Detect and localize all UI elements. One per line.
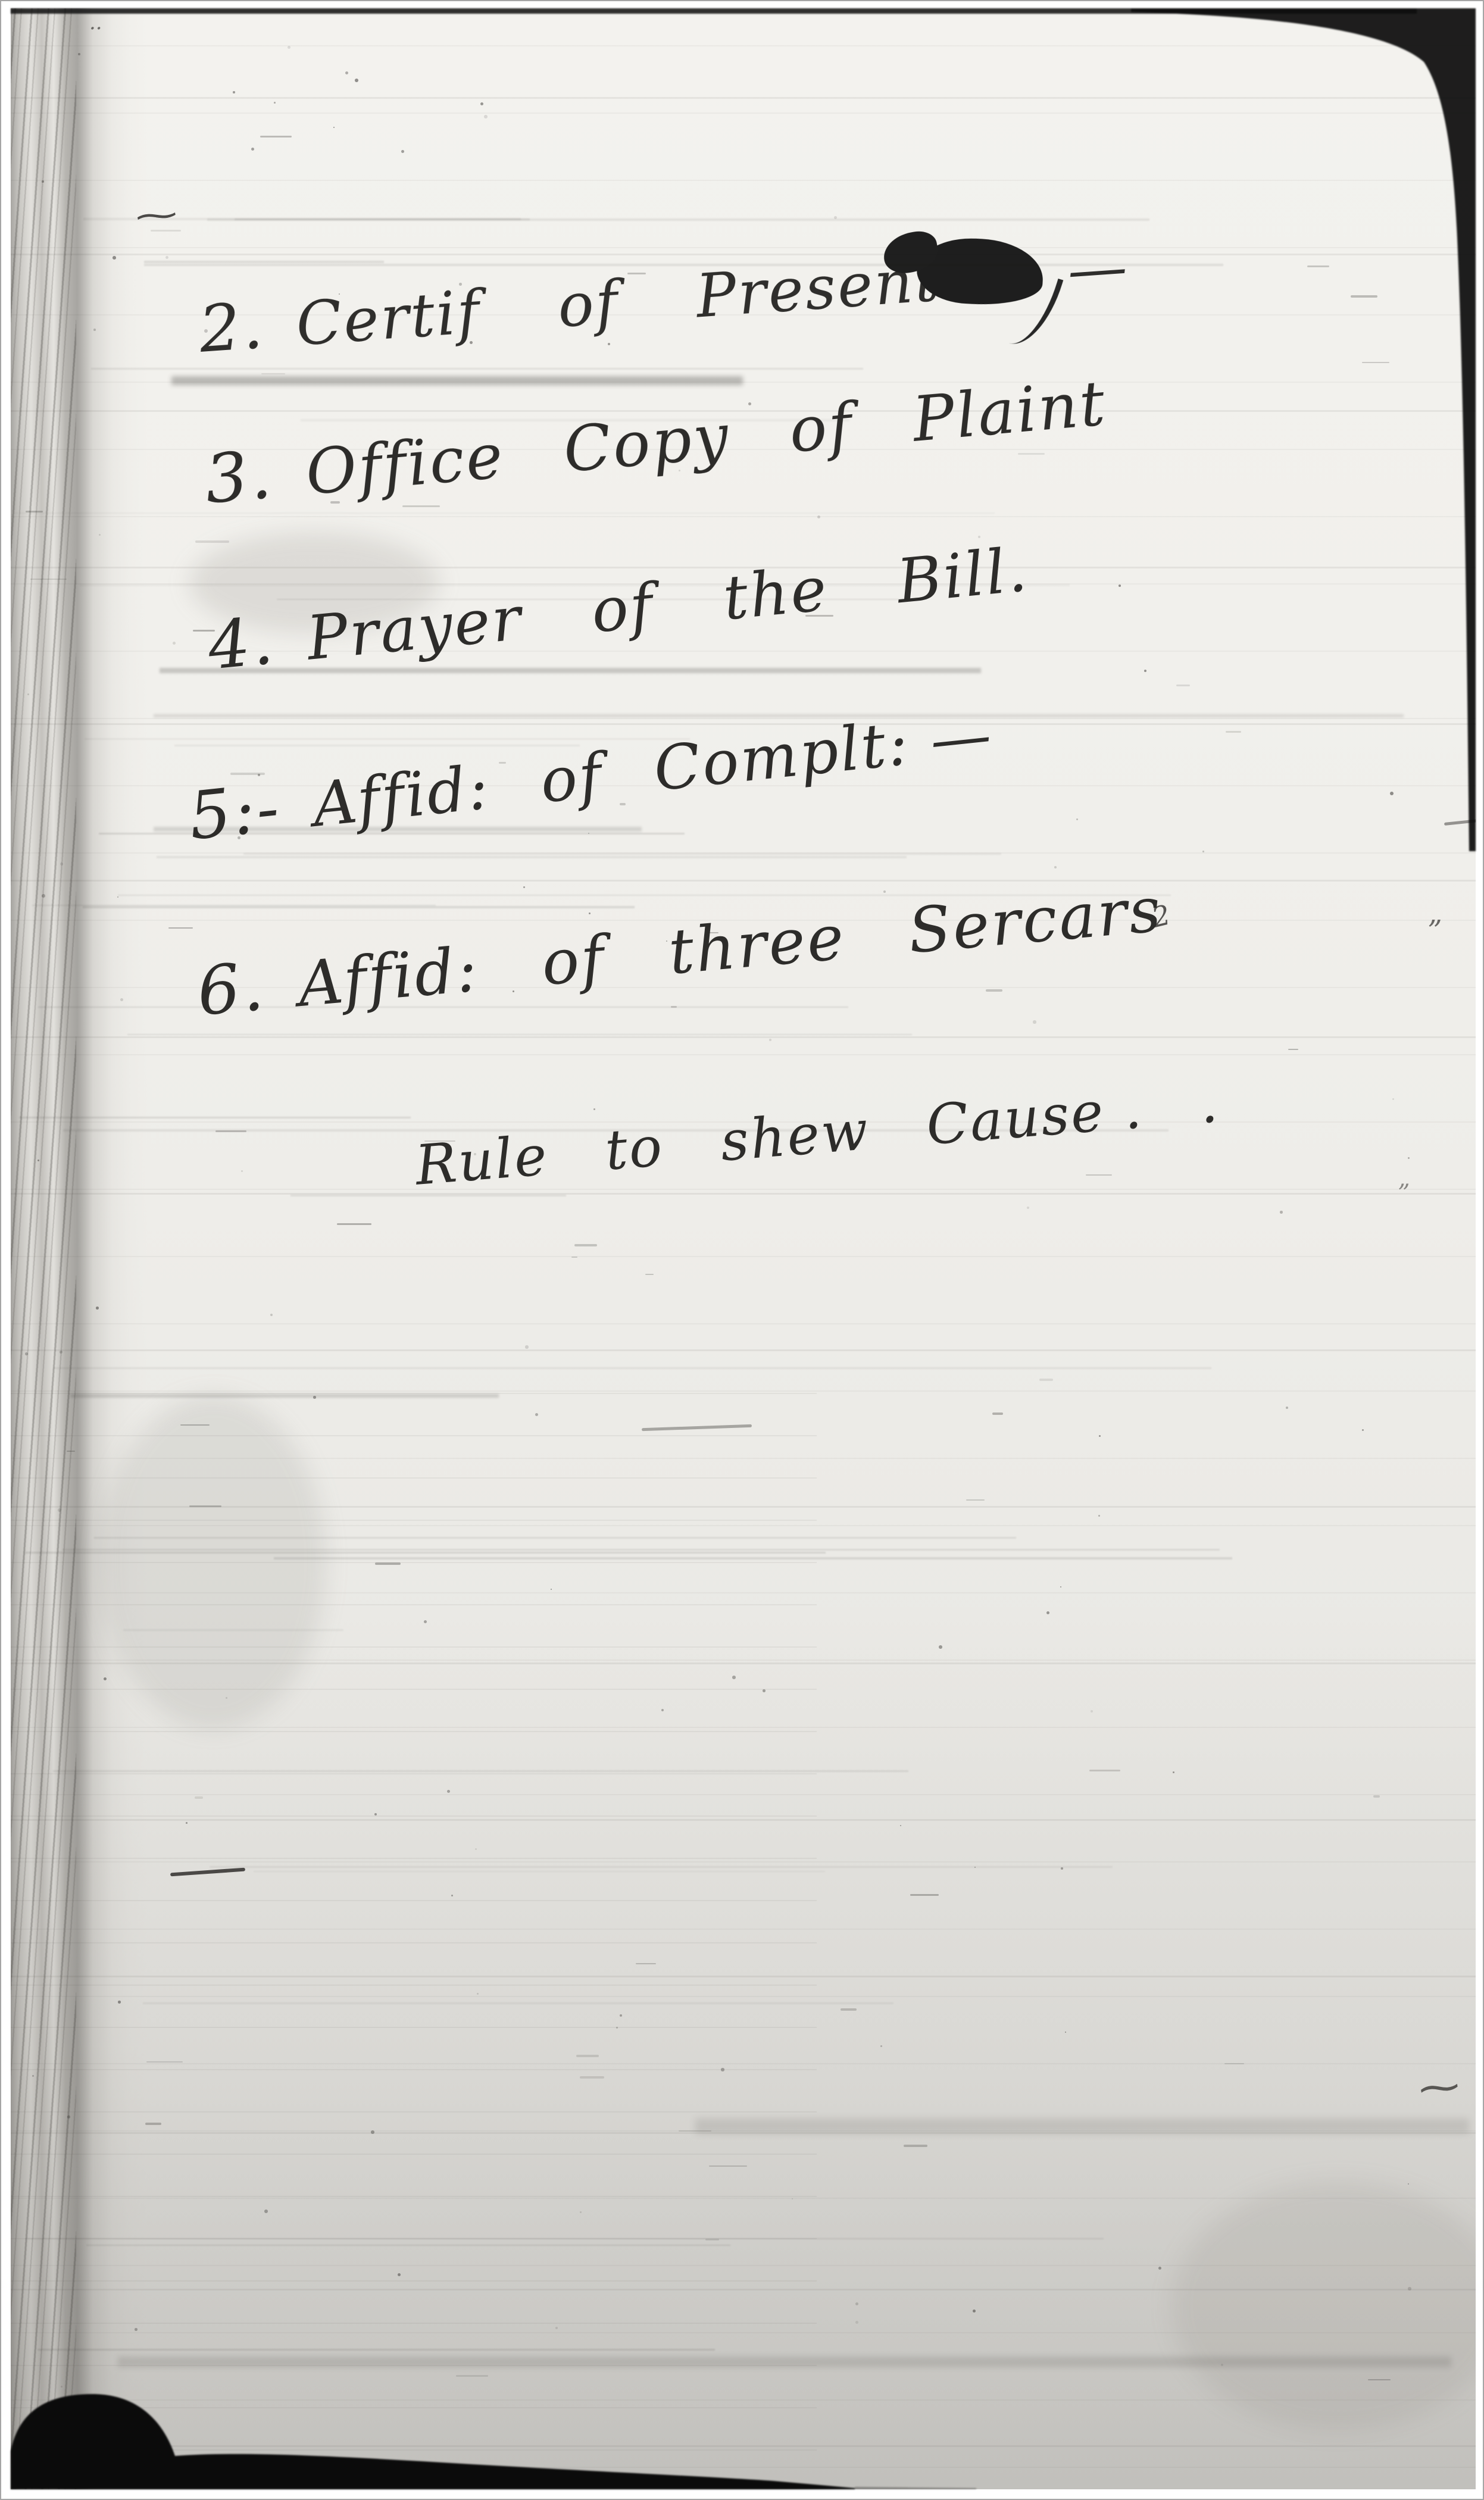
- double-tick-mark: ”: [1427, 914, 1442, 948]
- entry-number: 4.: [205, 602, 278, 685]
- entry-suffix: —: [1065, 232, 1131, 305]
- entry-number: 2.: [197, 289, 267, 367]
- paper-shading: [11, 1596, 1476, 2489]
- entry-number: 3.: [202, 436, 276, 518]
- footer-suffix: . .: [1121, 1071, 1221, 1142]
- top-edge-specks: ··: [89, 17, 102, 40]
- entry-suffix: —: [927, 699, 996, 776]
- scan-frame: 2.Certif of Present— 3.Office Copy of Pl…: [0, 0, 1484, 2500]
- manuscript-page: [11, 8, 1476, 2489]
- pen-flick-mark: ~: [1411, 2062, 1467, 2111]
- zigzag-mark: ~: [127, 195, 186, 235]
- entry-number: 6.: [194, 948, 268, 1030]
- quote-mark: ”: [1398, 1180, 1410, 1207]
- entry-number: 5:-: [185, 769, 284, 854]
